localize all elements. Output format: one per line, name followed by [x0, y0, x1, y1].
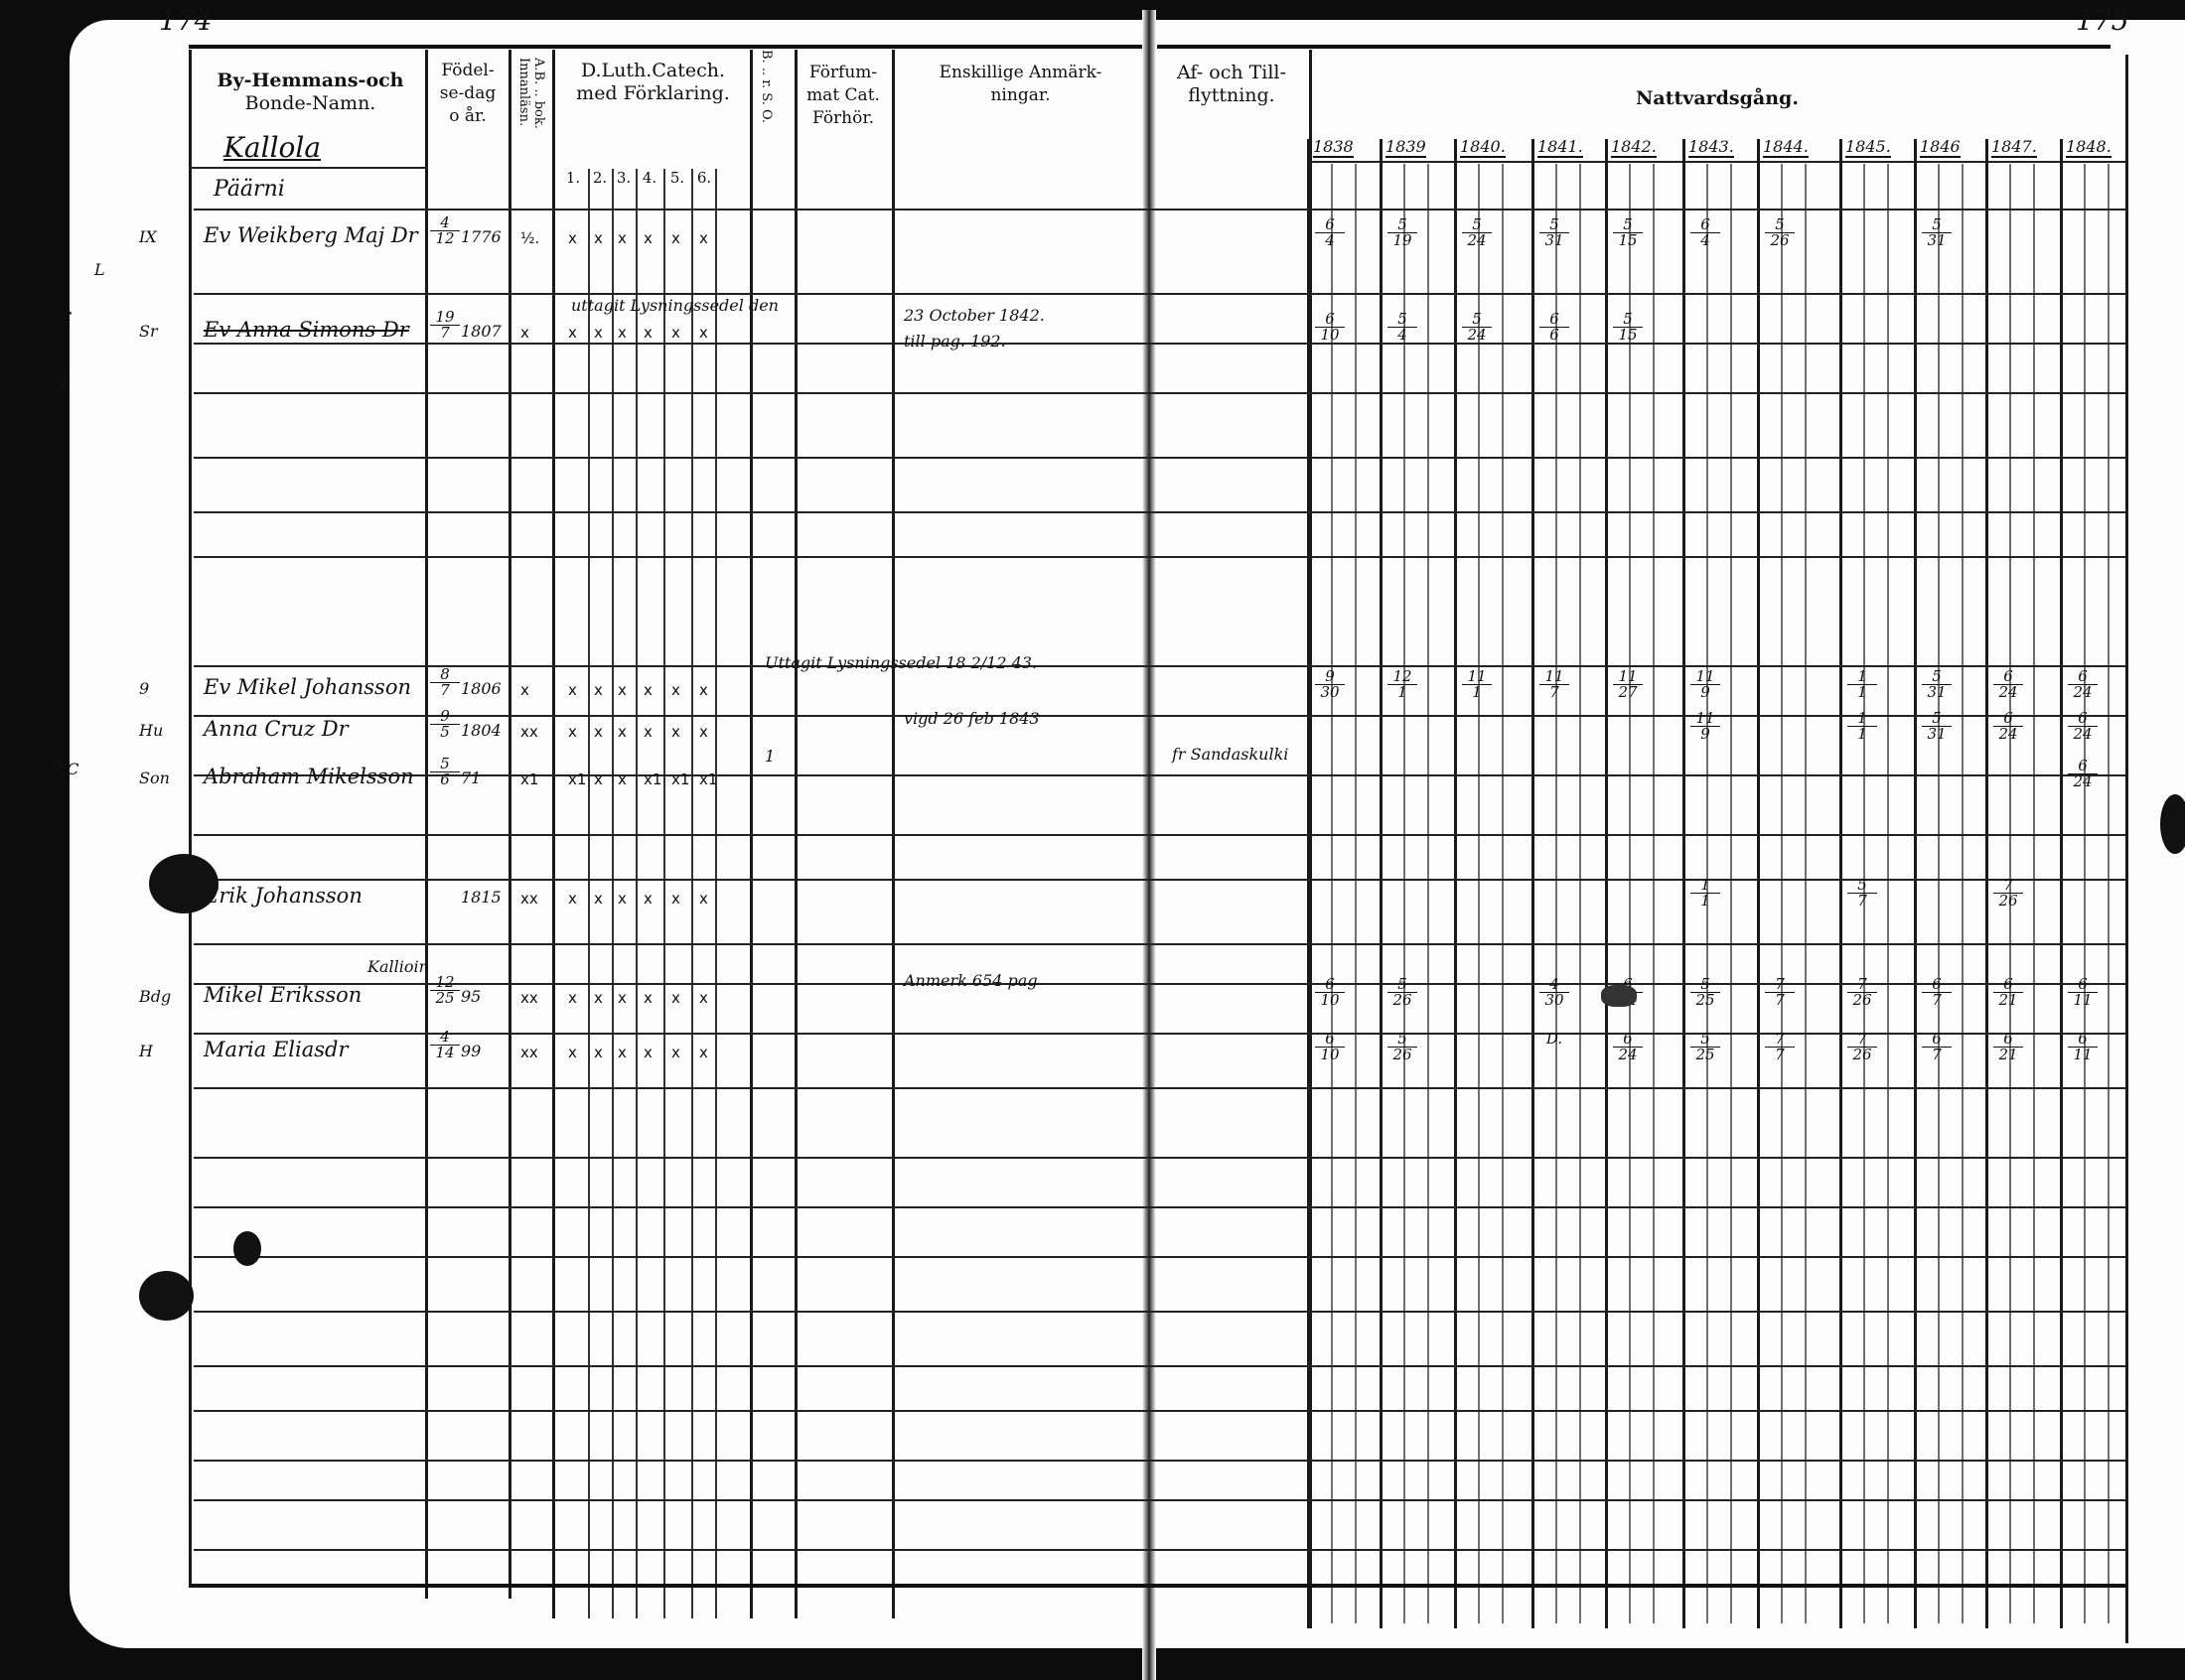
ink-blot: [1601, 985, 1637, 1007]
communion-date: 611: [2068, 1032, 2098, 1062]
row-prefix: Hu: [139, 721, 163, 740]
communion-date: 57: [1847, 878, 1877, 909]
catechism-mark: x: [644, 229, 653, 247]
remark-text: 23 October 1842.: [904, 306, 1045, 325]
catechism-mark: x: [644, 989, 653, 1007]
catechism-mark: x: [699, 681, 708, 699]
catechism-note: Uttagit Lysningssedel 18 2/12 43.: [765, 653, 1037, 672]
year-subcol-line: [1427, 164, 1429, 1623]
communion-date: 624: [2068, 669, 2098, 700]
communion-date: 64: [1690, 217, 1720, 248]
catechism-mark: x: [671, 989, 680, 1007]
year-col-line: [1307, 139, 1310, 1628]
communion-date: 77: [1765, 1032, 1795, 1062]
year-col-line: [1380, 139, 1383, 1628]
year-col-line: [1914, 139, 1917, 1628]
communion-date: 525: [1690, 977, 1720, 1008]
subcol-5: 5.: [663, 169, 691, 187]
communion-date: 531: [1922, 669, 1952, 700]
year-subcol-line: [1331, 164, 1333, 1623]
communion-date: 54: [1387, 312, 1417, 343]
year-subcol-line: [1478, 164, 1480, 1623]
year-subcol-line: [1962, 164, 1964, 1623]
ab-mark: xx: [520, 723, 538, 741]
year-col-line: [1682, 139, 1685, 1628]
bds-mark: 1: [765, 747, 775, 766]
year-col-line: [1985, 139, 1988, 1628]
catechism-mark: x: [644, 890, 653, 908]
subcol-3: 3.: [612, 169, 636, 187]
communion-date: 121: [1387, 669, 1417, 700]
catechism-mark: x: [618, 324, 627, 342]
catechism-mark: x: [644, 324, 653, 342]
communion-date: 621: [1993, 1032, 2023, 1062]
row-line: [194, 457, 2125, 459]
person-name: Erik Johansson: [204, 884, 363, 908]
header-communion-title: Nattvardsgång.: [1309, 87, 2125, 110]
top-rule-left: [189, 45, 1142, 49]
catechism-mark: x1: [568, 770, 586, 788]
communion-date: 117: [1539, 669, 1569, 700]
communion-date: 726: [1847, 977, 1877, 1008]
row-line: [194, 1499, 2125, 1501]
header-catechism-col: D.Luth.Catech. med Förklaring.: [556, 60, 750, 105]
ab-mark: xx: [520, 1044, 538, 1061]
catechism-mark: x: [568, 890, 577, 908]
birth-date: 95: [430, 709, 460, 740]
communion-date: D.: [1539, 1032, 1569, 1047]
communion-date: 119: [1690, 669, 1720, 700]
communion-date: 524: [1462, 312, 1492, 343]
year-subcol-line: [2108, 164, 2110, 1623]
ab-mark: x: [520, 324, 529, 342]
communion-date: 11: [1847, 711, 1877, 742]
name-note: Kallioin: [367, 957, 429, 976]
year-header-1847: 1847.: [1991, 137, 2037, 158]
header-birth-col: Födel- se-dag o år.: [429, 60, 507, 128]
ab-mark: ½.: [520, 229, 539, 247]
catechism-mark: x: [594, 989, 603, 1007]
col-line-cat6: [715, 169, 717, 1618]
communion-date: 524: [1462, 217, 1492, 248]
communion-date: 119: [1690, 711, 1720, 742]
communion-date: 67: [1922, 1032, 1952, 1062]
row-line: [194, 665, 2125, 667]
communion-date: 430: [1539, 977, 1569, 1008]
year-header-1841: 1841.: [1537, 137, 1583, 158]
communion-date: 610: [1315, 312, 1345, 343]
remark-text: vigd 26 feb 1843: [904, 709, 1040, 728]
communion-date: 1127: [1613, 669, 1643, 700]
row-prefix: IX: [139, 227, 157, 246]
catechism-mark: x: [699, 989, 708, 1007]
row-prefix: Bdg: [139, 987, 171, 1006]
birth-year: 1815: [461, 888, 502, 907]
col-line-cat4: [663, 169, 665, 1618]
catechism-mark: x: [671, 229, 680, 247]
catechism-note: uttagit Lysningssedel den: [571, 296, 779, 315]
header-catechism-line1: D.Luth.Catech.: [556, 60, 750, 82]
communion-date: 930: [1315, 669, 1345, 700]
row-line: [194, 343, 2125, 345]
year-header-1839: 1839: [1385, 137, 1426, 158]
person-name: Ev Anna Simons Dr: [204, 318, 409, 342]
row-line: [194, 1311, 2125, 1313]
communion-date: 624: [2068, 711, 2098, 742]
ab-mark: x1: [520, 770, 538, 788]
years-top-line: [1309, 161, 2125, 163]
subcol-4: 4.: [636, 169, 663, 187]
catechism-mark: x: [671, 1044, 680, 1061]
birth-date: 197: [430, 310, 460, 341]
ink-blot: [233, 1231, 261, 1266]
ab-mark: x: [520, 681, 529, 699]
header-bds-col: B. .. r. S. O.: [759, 50, 774, 139]
catechism-mark: x: [618, 770, 627, 788]
catechism-mark: x: [594, 229, 603, 247]
catechism-mark: x: [671, 681, 680, 699]
year-header-1842: 1842.: [1611, 137, 1657, 158]
catechism-mark: x: [644, 1044, 653, 1061]
birth-year: 1807: [461, 322, 502, 341]
header-missed-col: Förfum- mat Cat. Förhör.: [797, 62, 890, 130]
subcol-6: 6.: [691, 169, 717, 187]
person-name: Ev Mikel Johansson: [204, 675, 411, 699]
col-line-cat1: [588, 169, 590, 1618]
bottom-rule: [189, 1584, 2125, 1588]
row-line: [194, 715, 2125, 717]
year-subcol-line: [1805, 164, 1807, 1623]
communion-date: 531: [1539, 217, 1569, 248]
row-line: [194, 943, 2125, 945]
year-subcol-line: [1653, 164, 1655, 1623]
year-col-line: [1531, 139, 1534, 1628]
communion-date: 515: [1613, 312, 1643, 343]
year-subcol-line: [2033, 164, 2035, 1623]
row-line: [194, 392, 2125, 394]
catechism-mark: x: [618, 723, 627, 741]
catechism-mark: x: [568, 989, 577, 1007]
ink-blot: [2160, 794, 2185, 854]
moving-text: fr Sandaskulki: [1172, 745, 1288, 764]
communion-date: 526: [1387, 977, 1417, 1008]
year-col-line: [1757, 139, 1760, 1628]
header-birth-line3: o år.: [429, 105, 507, 128]
header-catechism-line2: med Förklaring.: [556, 82, 750, 105]
row-line: [194, 1256, 2125, 1258]
row-prefix: H: [139, 1042, 153, 1060]
catechism-mark: x: [594, 681, 603, 699]
row-line: [194, 511, 2125, 513]
header-remarks-line1: Enskillige Anmärk-: [894, 62, 1147, 84]
year-subcol-line: [1781, 164, 1783, 1623]
row-line: [194, 1157, 2125, 1159]
catechism-mark: x: [699, 723, 708, 741]
birth-year: 99: [461, 1042, 481, 1060]
catechism-mark: x: [594, 324, 603, 342]
year-header-1846: 1846: [1920, 137, 1961, 158]
communion-date: 531: [1922, 711, 1952, 742]
communion-date: 526: [1387, 1032, 1417, 1062]
header-birth-line2: se-dag: [429, 82, 507, 105]
row-line: [194, 293, 2125, 295]
header-missed-line1: Förfum-: [797, 62, 890, 84]
year-subcol-line: [1579, 164, 1581, 1623]
row-line: [194, 1460, 2125, 1462]
communion-date: 67: [1922, 977, 1952, 1008]
village-name: Kallola: [223, 131, 321, 164]
catechism-mark: x1: [699, 770, 717, 788]
communion-date: 11: [1690, 878, 1720, 909]
header-moving-col: Af- och Till- flyttning.: [1157, 62, 1306, 107]
header-name-line2: Bonde-Namn.: [199, 92, 422, 115]
person-name: Anna Cruz Dr: [204, 717, 349, 741]
header-remarks-col: Enskillige Anmärk- ningar.: [894, 62, 1147, 107]
catechism-mark: x: [568, 681, 577, 699]
catechism-mark: x: [671, 890, 680, 908]
communion-date: 519: [1387, 217, 1417, 248]
row-line: [194, 556, 2125, 558]
year-col-line: [1454, 139, 1457, 1628]
row-line: [194, 834, 2125, 836]
ink-blot: [149, 854, 218, 913]
margin-note: 4: [58, 372, 68, 391]
header-moving-line2: flyttning.: [1157, 84, 1306, 107]
person-name: Maria Eliasdr: [204, 1038, 349, 1061]
catechism-mark: x: [594, 890, 603, 908]
catechism-mark: x1: [644, 770, 661, 788]
person-name: Abraham Mikelsson: [204, 765, 414, 788]
header-missed-line2: mat Cat.: [797, 84, 890, 107]
ab-mark: xx: [520, 989, 538, 1007]
header-missed-line3: Förhör.: [797, 107, 890, 130]
birth-year: 95: [461, 987, 481, 1006]
communion-date: 526: [1765, 217, 1795, 248]
birth-year: 71: [461, 769, 481, 787]
catechism-mark: x: [644, 723, 653, 741]
catechism-mark: x: [594, 1044, 603, 1061]
communion-date: 726: [1847, 1032, 1877, 1062]
left-page-number: 174: [159, 4, 212, 37]
header-remarks-line2: ningar.: [894, 84, 1147, 107]
row-line: [194, 209, 2125, 210]
catechism-mark: x: [568, 723, 577, 741]
birth-date: 87: [430, 667, 460, 698]
row-line: [194, 1365, 2125, 1367]
remark-text: Anmerk 654 pag: [904, 971, 1038, 990]
catechism-mark: x: [618, 681, 627, 699]
row-prefix: 9: [139, 679, 149, 698]
row-prefix: Son: [139, 769, 170, 787]
year-header-1848: 1848.: [2066, 137, 2112, 158]
catechism-mark: x: [671, 324, 680, 342]
catechism-mark: x: [568, 1044, 577, 1061]
left-frame-line: [189, 50, 192, 1584]
catechism-mark: x: [618, 229, 627, 247]
catechism-mark: x: [618, 890, 627, 908]
section-name: Päärni: [214, 177, 285, 202]
communion-date: 11: [1847, 669, 1877, 700]
communion-date: 515: [1613, 217, 1643, 248]
right-page-number: 175: [2076, 4, 2128, 37]
year-header-1845: 1845.: [1845, 137, 1891, 158]
top-rule-right: [1157, 45, 2111, 49]
birth-date: 412: [430, 215, 460, 246]
subcol-2: 2.: [588, 169, 612, 187]
person-name: Ev Weikberg Maj Dr: [204, 223, 418, 247]
year-col-line: [1605, 139, 1608, 1628]
book-spine: [1142, 10, 1156, 1680]
catechism-mark: x: [568, 324, 577, 342]
catechism-mark: x: [594, 723, 603, 741]
margin-note: 9.C: [52, 760, 79, 778]
margin-note: L: [94, 260, 105, 279]
catechism-mark: x: [568, 229, 577, 247]
birth-year: 1806: [461, 679, 502, 698]
row-line: [194, 1033, 2125, 1035]
communion-date: 525: [1690, 1032, 1720, 1062]
col-line-cat5: [691, 169, 693, 1618]
catechism-mark: x1: [671, 770, 689, 788]
communion-date: 531: [1922, 217, 1952, 248]
year-subcol-line: [2084, 164, 2086, 1623]
communion-date: 624: [1613, 1032, 1643, 1062]
communion-date: 77: [1765, 977, 1795, 1008]
row-line: [194, 879, 2125, 881]
year-header-1840: 1840.: [1460, 137, 1506, 158]
row-line: [194, 1087, 2125, 1089]
row-line: [194, 1549, 2125, 1551]
ab-mark: xx: [520, 890, 538, 908]
communion-date: 66: [1539, 312, 1569, 343]
catechism-mark: x: [594, 770, 603, 788]
header-name-col: By-Hemmans-och Bonde-Namn.: [199, 70, 422, 115]
communion-date: 624: [1993, 669, 2023, 700]
row-prefix: Sr: [139, 322, 158, 341]
communion-date: 111: [1462, 669, 1492, 700]
communion-date: 64: [1315, 217, 1345, 248]
birth-year: 1776: [461, 227, 502, 246]
right-frame-line: [2125, 55, 2128, 1643]
year-subcol-line: [1730, 164, 1732, 1623]
catechism-subheaders: 1. 2. 3. 4. 5. 6.: [558, 169, 747, 187]
header-moving-line1: Af- och Till-: [1157, 62, 1306, 84]
row-line-village: [189, 167, 427, 169]
row-line: [194, 1206, 2125, 1208]
communion-date: 610: [1315, 1032, 1345, 1062]
header-ab-col: A.B. .. bok. Innanläsn.: [516, 58, 546, 167]
catechism-mark: x: [699, 229, 708, 247]
catechism-mark: x: [699, 890, 708, 908]
col-line-cat3: [636, 169, 638, 1618]
birth-date: 414: [430, 1030, 460, 1060]
row-line: [194, 983, 2125, 985]
year-subcol-line: [1502, 164, 1504, 1623]
year-subcol-line: [1355, 164, 1357, 1623]
year-subcol-line: [1938, 164, 1940, 1623]
communion-date: 624: [2068, 759, 2098, 789]
year-subcol-line: [1403, 164, 1405, 1623]
row-line: [194, 774, 2125, 776]
year-col-line: [2060, 139, 2063, 1628]
row-line: [194, 1410, 2125, 1412]
year-subcol-line: [1887, 164, 1889, 1623]
birth-date: 56: [430, 757, 460, 787]
catechism-mark: x: [699, 1044, 708, 1061]
catechism-mark: x: [618, 1044, 627, 1061]
birth-date: 1225: [430, 975, 460, 1006]
margin-note: C: [60, 308, 72, 327]
communion-date: 621: [1993, 977, 2023, 1008]
communion-date: 610: [1315, 977, 1345, 1008]
ink-blot: [139, 1271, 194, 1321]
year-subcol-line: [1629, 164, 1631, 1623]
communion-date: 611: [2068, 977, 2098, 1008]
catechism-mark: x: [671, 723, 680, 741]
remark-text: till pag. 192.: [904, 332, 1006, 350]
catechism-mark: x: [618, 989, 627, 1007]
header-name-line1: By-Hemmans-och: [199, 70, 422, 92]
communion-date: 726: [1993, 878, 2023, 909]
person-name: Mikel Eriksson: [204, 983, 362, 1007]
year-header-1838: 1838: [1313, 137, 1354, 158]
catechism-mark: x: [699, 324, 708, 342]
header-birth-line1: Födel-: [429, 60, 507, 82]
communion-date: 624: [1993, 711, 2023, 742]
catechism-mark: x: [644, 681, 653, 699]
year-subcol-line: [1555, 164, 1557, 1623]
col-line-cat2: [612, 169, 614, 1618]
year-header-1844: 1844.: [1763, 137, 1809, 158]
year-header-1843: 1843.: [1688, 137, 1734, 158]
birth-year: 1804: [461, 721, 502, 740]
year-col-line: [1839, 139, 1842, 1628]
subcol-1: 1.: [558, 169, 588, 187]
